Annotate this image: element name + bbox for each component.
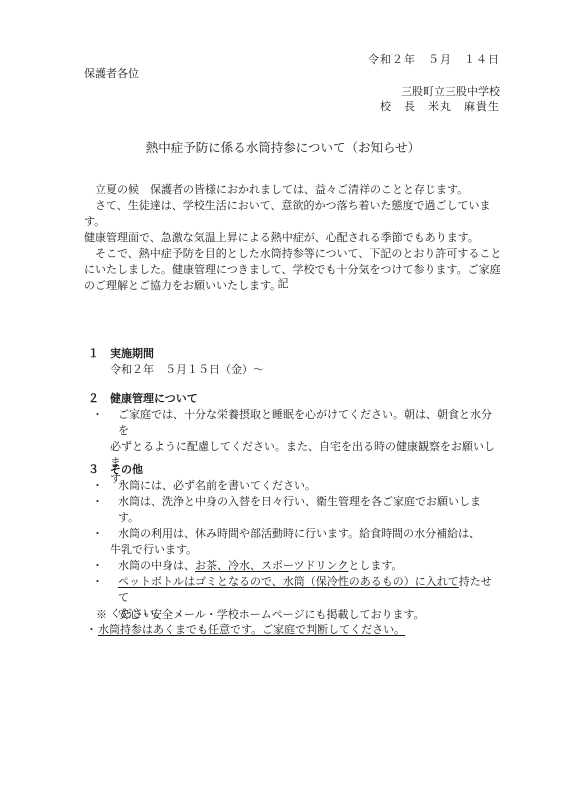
list-item: ・ 水筒の利用は、休み時間や部活動時に行います。給食時間の水分補給は、 牛乳で行… (88, 526, 502, 558)
item-text: ペットボトルはゴミとなるので、水筒（保冷性のあるもの）に入れて持たせて (110, 574, 502, 606)
list-item: ・ 水筒の中身は、お茶、冷水、スポーツドリンクとします。 (88, 558, 502, 574)
bullet-icon: ・ (86, 622, 97, 638)
list-item: ・ 水筒には、必ず名前を書いてください。 (88, 478, 502, 494)
bullet-icon: ・ (92, 478, 103, 494)
item-text: 水筒には、必ず名前を書いてください。 (110, 478, 502, 494)
section-title: その他 (110, 463, 143, 476)
footer-note: ※ 安心・安全メール・学校ホームページにも掲載しております。 (96, 607, 425, 623)
item-text: 牛乳で行います。 (110, 542, 502, 558)
school-name: 三股町立三股中学校 (401, 84, 500, 100)
item-text-suffix: とします。 (348, 559, 402, 572)
section-number: １ (88, 346, 110, 362)
section-title: 健康管理について (110, 392, 198, 405)
section-implementation-period: １実施期間 令和２年 ５月１５日（金）～ (88, 346, 502, 378)
bullet-icon: ・ (92, 558, 103, 574)
item-text: ご家庭では、十分な栄養摂取と睡眠を心がけてください。朝は、朝食と水分を (110, 407, 502, 439)
ki-marker: 記 (0, 276, 566, 292)
period-value: 令和２年 ５月１５日（金）～ (88, 362, 502, 378)
body-line: そこで、熱中症予防を目的とした水筒持参等について、下記のとおり許可すること (84, 246, 502, 262)
list-item: ・ 水筒は、洗浄と中身の入替を日々行い、衛生管理を各ご家庭でお願いします。 (88, 494, 502, 526)
item-text-underlined: ペットボトルはゴミとなるので、水筒（保冷性のあるもの）に入れて (118, 575, 459, 588)
list-item: ・ 水筒持参はあくまでも任意です。ご家庭で判断してください。 (88, 622, 502, 638)
section-heading: ３その他 (88, 462, 502, 478)
bullet-icon: ・ (92, 526, 103, 542)
item-text: 水筒の利用は、休み時間や部活動時に行います。給食時間の水分補給は、 (110, 526, 502, 542)
greeting-line: 立夏の候 保護者の皆様におかれましては、益々ご清祥のことと存じます。 (84, 182, 502, 198)
bullet-icon: ・ (92, 574, 103, 590)
section-heading: ２健康管理について (88, 391, 502, 407)
body-line: さて、生徒達は、学校生活において、意欲的かつ落ち着いた態度で過ごしています。 (84, 198, 502, 230)
item-text-underlined: お茶、冷水、スポーツドリンク (195, 559, 348, 572)
section-heading: １実施期間 (88, 346, 502, 362)
section-number: ２ (88, 391, 110, 407)
item-text: 水筒は、洗浄と中身の入替を日々行い、衛生管理を各ご家庭でお願いします。 (110, 494, 502, 526)
section-number: ３ (88, 462, 110, 478)
document-date: 令和２年 ５月 １４日 (368, 52, 500, 68)
bullet-icon: ・ (92, 407, 103, 423)
principal-name: 校 長 米丸 麻貴生 (380, 99, 500, 115)
item-text-underlined: 水筒持参はあくまでも任意です。ご家庭で判断してください。 (98, 622, 502, 638)
item-text-prefix: 水筒の中身は、 (118, 559, 195, 572)
addressee: 保護者各位 (84, 66, 139, 82)
item-text: 水筒の中身は、お茶、冷水、スポーツドリンクとします。 (110, 558, 502, 574)
document-title: 熱中症予防に係る水筒持参について（お知らせ） (0, 140, 566, 156)
bullet-icon: ・ (92, 494, 103, 510)
body-line: 健康管理面で、急激な気温上昇による熱中症が、心配される季節でもあります。 (84, 230, 502, 246)
section-title: 実施期間 (110, 347, 154, 360)
